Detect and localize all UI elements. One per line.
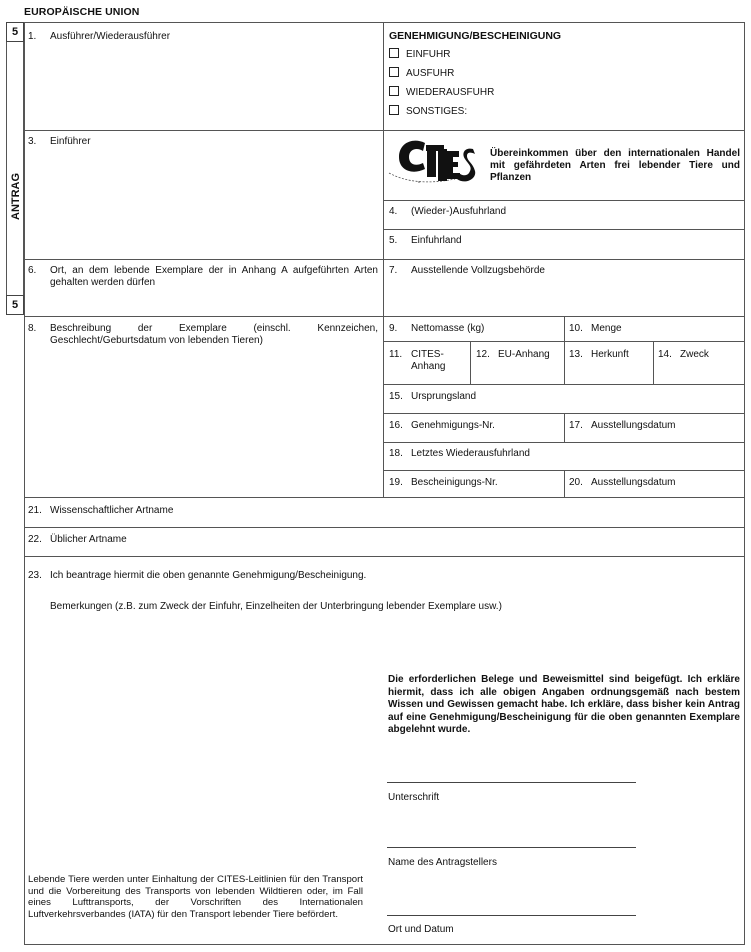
field-10-quantity[interactable]: 10.Menge xyxy=(569,323,622,335)
cell-divider xyxy=(653,341,654,384)
side-strip xyxy=(6,22,24,315)
field-17-issue-date[interactable]: 17.Ausstellungsdatum xyxy=(569,420,676,432)
field-label: Herkunft xyxy=(591,349,629,360)
place-date-line[interactable] xyxy=(387,915,636,916)
field-number: 4. xyxy=(389,206,411,218)
field-number: 16. xyxy=(389,420,411,432)
field-number: 9. xyxy=(389,323,411,335)
field-1-exporter[interactable]: 1.Ausführer/Wiederausführer xyxy=(28,31,170,43)
field-number: 21. xyxy=(28,505,50,517)
field-number: 15. xyxy=(389,391,411,403)
option-label: WIEDERAUSFUHR xyxy=(406,87,494,98)
row-divider xyxy=(383,259,744,260)
field-label: Ausstellungsdatum xyxy=(591,420,676,431)
field-11-cites-appendix[interactable]: CITES-Anhang xyxy=(411,349,453,373)
option-wiederausfuhr[interactable]: WIEDERAUSFUHR xyxy=(389,86,494,99)
cell-divider xyxy=(564,470,565,497)
option-label: AUSFUHR xyxy=(406,68,454,79)
remarks-field[interactable]: Bemerkungen (z.B. zum Zweck der Einfuhr,… xyxy=(50,601,502,613)
field-label: Ausführer/Wiederausführer xyxy=(50,31,170,42)
row-divider xyxy=(383,229,744,230)
permit-type-title: GENEHMIGUNG/BESCHEINIGUNG xyxy=(389,30,561,42)
place-date-label: Ort und Datum xyxy=(388,924,454,936)
field-label: Ausstellungsdatum xyxy=(591,477,676,488)
field-label: Wissenschaftlicher Artname xyxy=(50,505,173,516)
signature-line[interactable] xyxy=(387,782,636,783)
cell-divider xyxy=(564,413,565,442)
frame-bottom xyxy=(24,944,745,945)
field-number: 11. xyxy=(389,349,411,361)
field-number: 3. xyxy=(28,136,50,148)
option-sonstiges[interactable]: SONSTIGES: xyxy=(389,105,467,118)
option-ausfuhr[interactable]: AUSFUHR xyxy=(389,67,454,80)
checkbox-icon[interactable] xyxy=(389,105,399,115)
frame-left xyxy=(24,22,25,944)
frame-right xyxy=(744,22,745,944)
field-label: Üblicher Artname xyxy=(50,534,127,545)
row-divider xyxy=(383,442,744,443)
declaration-text: Die erforderlichen Belege und Beweismitt… xyxy=(388,674,740,737)
row-divider xyxy=(24,259,383,260)
row-divider xyxy=(24,527,744,528)
field-18-last-reexport-country[interactable]: 18.Letztes Wiederausfuhrland xyxy=(389,448,530,460)
field-number: 20. xyxy=(569,477,591,489)
signature-label: Unterschrift xyxy=(388,792,439,804)
copy-number-bottom: 5 xyxy=(6,295,24,315)
field-label: Ausstellende Vollzugsbehörde xyxy=(411,265,545,276)
field-label: Ich beantrage hiermit die oben genannte … xyxy=(50,570,366,581)
field-22-common-name[interactable]: 22.Üblicher Artname xyxy=(28,534,127,546)
field-23-application: 23.Ich beantrage hiermit die oben genann… xyxy=(28,570,366,582)
field-13-origin[interactable]: 13.Herkunft xyxy=(569,349,629,361)
field-label: Einführer xyxy=(50,136,91,147)
field-3-importer[interactable]: 3.Einführer xyxy=(28,136,91,148)
row-divider xyxy=(24,316,744,317)
row-divider xyxy=(24,497,744,498)
field-9-net-mass[interactable]: 9.Nettomasse (kg) xyxy=(389,323,484,335)
applicant-name-line[interactable] xyxy=(387,847,636,848)
field-label: EU-Anhang xyxy=(498,349,550,360)
field-label: Einfuhrland xyxy=(411,235,462,246)
frame-top xyxy=(24,22,744,23)
field-21-scientific-name[interactable]: 21.Wissenschaftlicher Artname xyxy=(28,505,173,517)
field-number: 18. xyxy=(389,448,411,460)
cell-divider xyxy=(564,316,565,384)
row-divider xyxy=(24,556,744,557)
field-label: Zweck xyxy=(680,349,709,360)
field-4-export-country[interactable]: 4.(Wieder-)Ausfuhrland xyxy=(389,206,506,218)
row-divider xyxy=(24,130,744,131)
row-divider xyxy=(383,200,744,201)
field-number: 8. xyxy=(28,323,50,335)
field-label: Menge xyxy=(591,323,622,334)
option-label: EINFUHR xyxy=(406,49,450,60)
field-number: 14. xyxy=(658,349,680,361)
field-number: 10. xyxy=(569,323,591,335)
field-number: 23. xyxy=(28,570,50,582)
cites-description: Übereinkommen über den internationalen H… xyxy=(490,148,740,184)
checkbox-icon[interactable] xyxy=(389,86,399,96)
checkbox-icon[interactable] xyxy=(389,48,399,58)
field-14-purpose[interactable]: 14.Zweck xyxy=(658,349,709,361)
copy-number-top: 5 xyxy=(6,22,24,42)
field-19-certificate-number[interactable]: 19.Bescheinigungs-Nr. xyxy=(389,477,498,489)
field-5-import-country[interactable]: 5.Einfuhrland xyxy=(389,235,462,247)
field-label: (Wieder-)Ausfuhrland xyxy=(411,206,506,217)
field-number: 7. xyxy=(389,265,411,277)
row-divider xyxy=(383,384,744,385)
field-20-issue-date[interactable]: 20.Ausstellungsdatum xyxy=(569,477,676,489)
field-number: 19. xyxy=(389,477,411,489)
field-number: 17. xyxy=(569,420,591,432)
field-16-permit-number[interactable]: 16.Genehmigungs-Nr. xyxy=(389,420,495,432)
field-label: Bescheinigungs-Nr. xyxy=(411,477,498,488)
field-number: 22. xyxy=(28,534,50,546)
section-label-antrag: ANTRAG xyxy=(10,176,22,220)
field-label: Ursprungsland xyxy=(411,391,476,402)
transport-note: Lebende Tiere werden unter Einhaltung de… xyxy=(28,874,363,920)
document-title: EUROPÄISCHE UNION xyxy=(24,6,139,18)
applicant-name-label: Name des Antragstellers xyxy=(388,857,497,869)
option-einfuhr[interactable]: EINFUHR xyxy=(389,48,450,61)
field-7-authority[interactable]: 7.Ausstellende Vollzugsbehörde xyxy=(389,265,545,277)
field-15-country-of-origin[interactable]: 15.Ursprungsland xyxy=(389,391,476,403)
field-number: 12. xyxy=(476,349,498,361)
field-6-location[interactable]: Ort, an dem lebende Exemplare der in Anh… xyxy=(50,265,378,289)
field-number: 6. xyxy=(28,265,50,277)
cell-divider xyxy=(470,341,471,384)
field-label: Letztes Wiederausfuhrland xyxy=(411,448,530,459)
field-number: 1. xyxy=(28,31,50,43)
field-8-description[interactable]: Beschreibung der Exemplare (einschl. Ken… xyxy=(50,323,378,347)
field-12-eu-annex[interactable]: 12.EU-Anhang xyxy=(476,349,550,361)
field-number: 13. xyxy=(569,349,591,361)
field-number: 5. xyxy=(389,235,411,247)
checkbox-icon[interactable] xyxy=(389,67,399,77)
field-label: Genehmigungs-Nr. xyxy=(411,420,495,431)
cites-logo-icon xyxy=(385,135,485,190)
option-label: SONSTIGES: xyxy=(406,106,467,117)
field-label: Nettomasse (kg) xyxy=(411,323,484,334)
